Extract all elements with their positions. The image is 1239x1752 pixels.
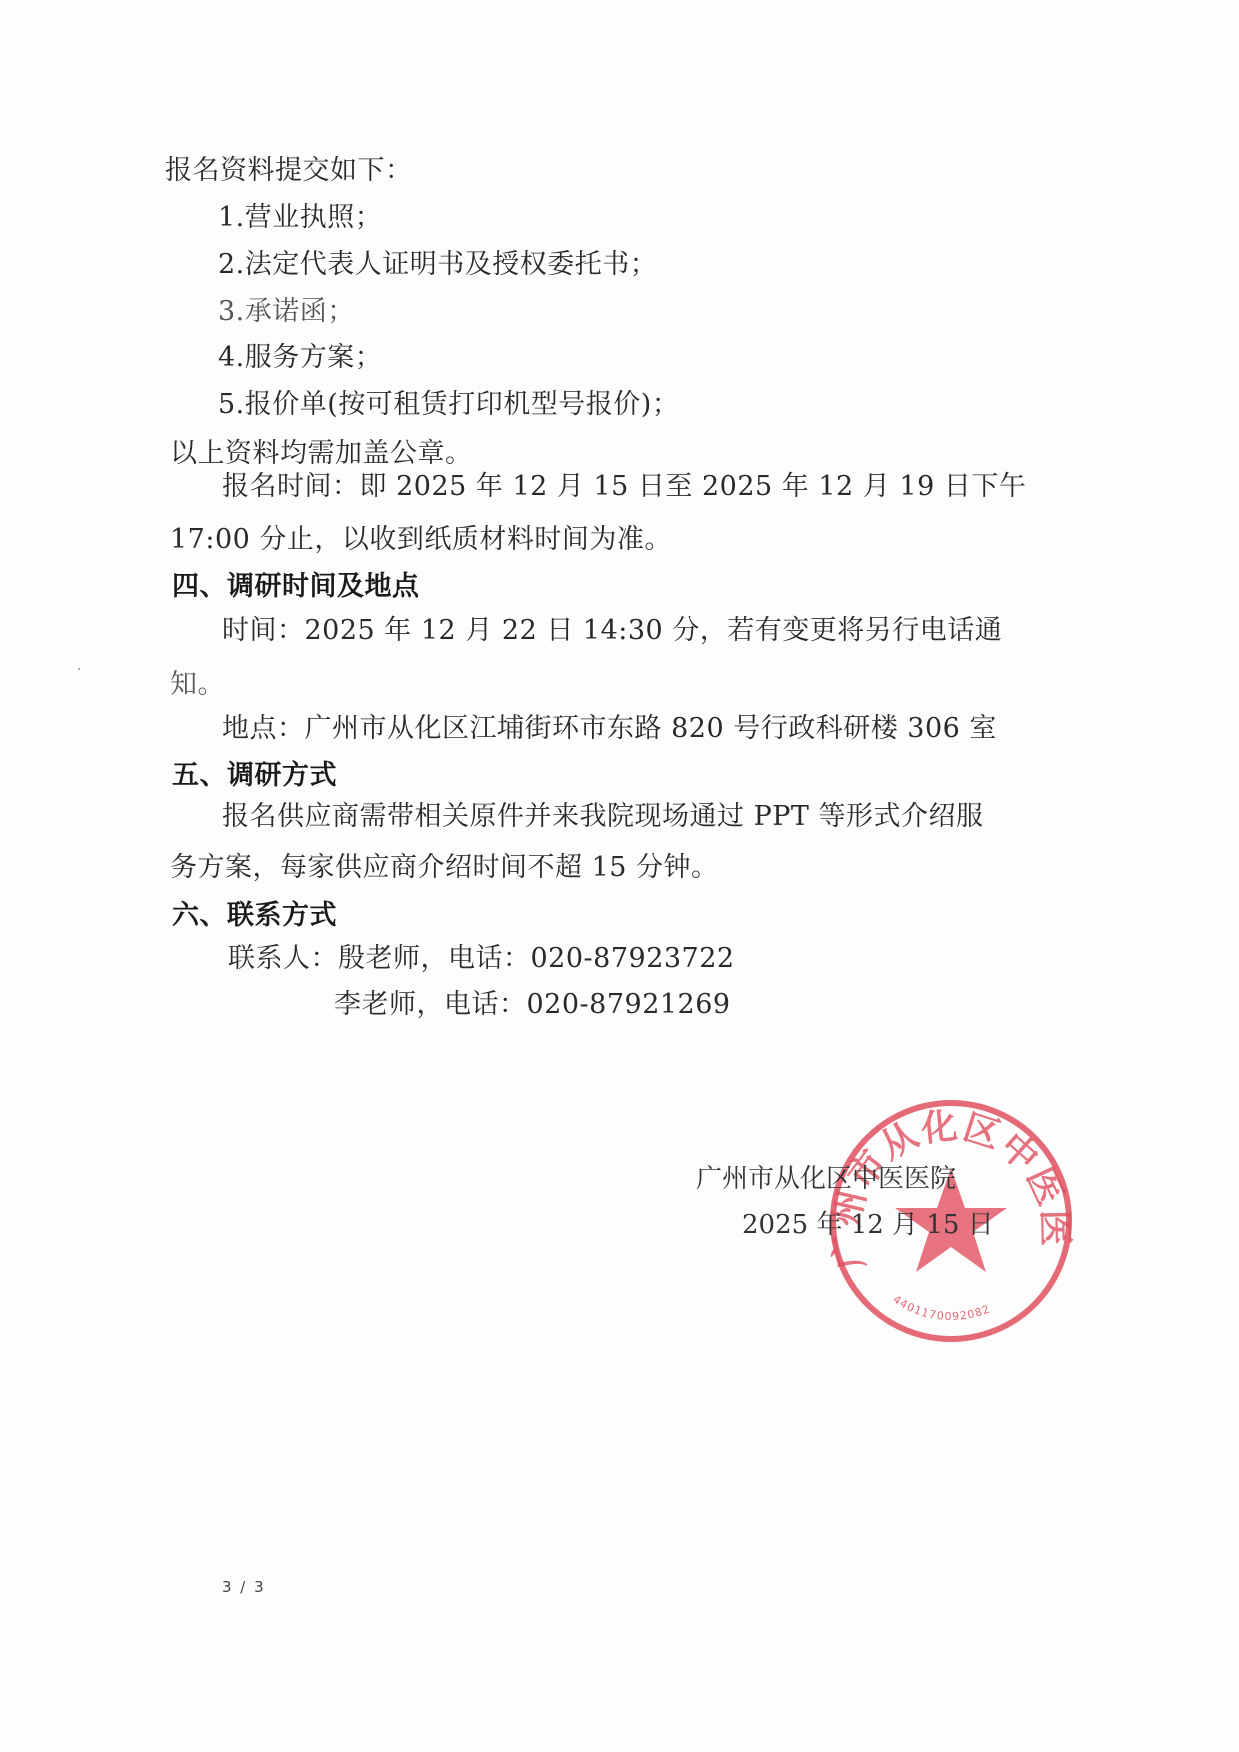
section-4-heading: 四、调研时间及地点 [172, 570, 420, 604]
registration-time-line2: 17:00 分止，以收到纸质材料时间为准。 [170, 523, 672, 557]
survey-location: 地点：广州市从化区江埔街环市东路 820 号行政科研楼 306 室 [222, 712, 997, 746]
materials-intro: 报名资料提交如下： [165, 154, 413, 188]
survey-method-line2: 务方案，每家供应商介绍时间不超 15 分钟。 [170, 851, 719, 885]
section-5-heading: 五、调研方式 [172, 759, 337, 793]
material-item: 1.营业执照； [218, 201, 382, 235]
page-number: 3 / 3 [222, 1578, 266, 1596]
survey-time-line2: 知。 [170, 668, 225, 702]
scan-speck [78, 668, 80, 670]
survey-time-line1: 时间：2025 年 12 月 22 日 14:30 分，若有变更将另行电话通 [222, 614, 1002, 648]
registration-time-line1: 报名时间：即 2025 年 12 月 15 日至 2025 年 12 月 19 … [222, 470, 1026, 504]
section-6-heading: 六、联系方式 [172, 899, 337, 933]
material-item: 4.服务方案； [218, 341, 382, 375]
contact-2: 李老师，电话：020-87921269 [334, 988, 731, 1022]
material-item: 2.法定代表人证明书及授权委托书； [218, 248, 657, 282]
material-item: 5.报价单(按可租赁打印机型号报价)； [218, 388, 679, 422]
survey-method-line1: 报名供应商需带相关原件并来我院现场通过 PPT 等形式介绍服 [222, 800, 984, 834]
contact-1: 联系人：殷老师，电话：020-87923722 [228, 942, 735, 976]
seal-note: 以上资料均需加盖公章。 [170, 437, 473, 471]
signature-date: 2025 年 12 月 15 日 [742, 1209, 994, 1241]
signature-organization: 广州市从化区中医医院 [696, 1163, 956, 1195]
material-item: 3.承诺函； [218, 295, 355, 329]
svg-text:4401170092082: 4401170092082 [891, 1293, 993, 1323]
